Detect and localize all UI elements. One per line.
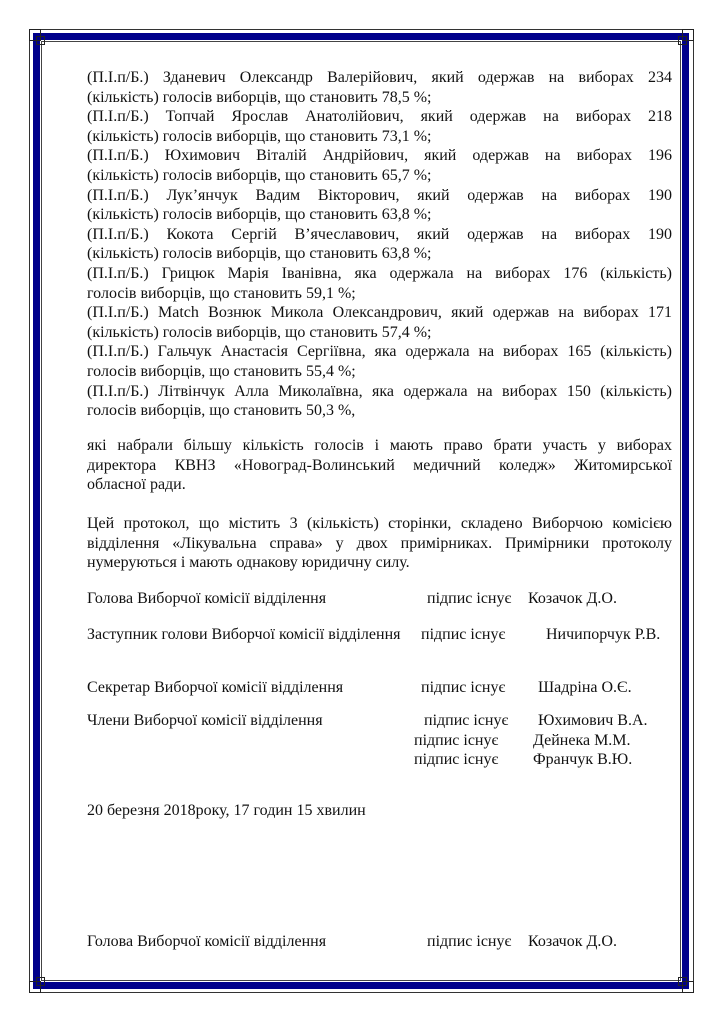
secretary-signature: підпис існує [421, 678, 505, 697]
candidate-line: (П.І.п/Б.) Кокота Сергій В’ячеславович, … [87, 225, 672, 245]
candidate-line: голосів виборців, що становить 55,4 %; [87, 362, 672, 382]
paragraph-line: які набрали більшу кількість голосів і м… [87, 436, 672, 456]
member-signature: підпис існує [414, 731, 498, 750]
candidate-line: (П.І.п/Б.) Match Вознюк Микола Олександр… [87, 303, 672, 323]
paragraph-line: Цей протокол, що містить 3 (кількість) с… [87, 514, 672, 534]
member-signature: підпис існує [424, 711, 508, 730]
candidate-line: (П.І.п/Б.) Лук’янчук Вадим Вікторович, я… [87, 186, 672, 206]
candidate-line: (П.І.п/Б.) Грицюк Марія Іванівна, яка од… [87, 264, 672, 284]
final-chair-signature: підпис існує [427, 932, 511, 951]
corner-ornament-bottom-right-inner [678, 977, 687, 986]
member-name: Юхимович В.А. [538, 711, 648, 730]
candidate-line: (П.І.п/Б.) Топчай Ярослав Анатолійович, … [87, 107, 672, 127]
corner-ornament-top-right-inner [678, 36, 687, 45]
deputy-signature: підпис існує [421, 625, 505, 644]
conclusion-paragraph: які набрали більшу кількість голосів і м… [87, 436, 672, 495]
final-chair-role: Голова Виборчої комісії відділення [87, 932, 326, 951]
candidate-line: (кількість) голосів виборців, що станови… [87, 323, 672, 343]
members-role: Члени Виборчої комісії відділення [87, 711, 323, 730]
member-name: Франчук В.Ю. [533, 750, 632, 769]
paragraph-line: директора КВНЗ «Новоград-Волинський меди… [87, 456, 672, 476]
candidate-line: голосів виборців, що становить 59,1 %; [87, 284, 672, 304]
chair-role: Голова Виборчої комісії відділення [87, 589, 326, 608]
secretary-name: Шадріна О.Є. [538, 678, 632, 697]
protocol-note-paragraph: Цей протокол, що містить 3 (кількість) с… [87, 514, 672, 573]
final-chair-name: Козачок Д.О. [528, 932, 617, 951]
paragraph-line: нумеруються і мають однакову юридичну си… [87, 553, 672, 573]
corner-ornament-bottom-left-inner [36, 977, 45, 986]
candidate-line: (П.І.п/Б.) Гальчук Анастасія Сергіївна, … [87, 342, 672, 362]
candidate-line: (кількість) голосів виборців, що станови… [87, 127, 672, 147]
paragraph-line: відділення «Лікувальна справа» у двох пр… [87, 534, 672, 554]
date-time: 20 березня 2018року, 17 годин 15 хвилин [87, 801, 366, 820]
chair-signature: підпис існує [427, 589, 511, 608]
deputy-role: Заступник голови Виборчої комісії відділ… [87, 625, 401, 644]
secretary-role: Секретар Виборчої комісії відділення [87, 678, 343, 697]
corner-ornament-top-left-inner [36, 36, 45, 45]
deputy-name: Ничипорчук Р.В. [546, 625, 660, 644]
candidate-line: (П.І.п/Б.) Літвінчук Алла Миколаївна, як… [87, 382, 672, 402]
candidate-line: (кількість) голосів виборців, що станови… [87, 205, 672, 225]
candidate-line: (кількість) голосів виборців, що станови… [87, 244, 672, 264]
chair-name: Козачок Д.О. [528, 589, 617, 608]
candidate-line: (П.І.п/Б.) Юхимович Віталій Андрійович, … [87, 146, 672, 166]
member-name: Дейнека М.М. [533, 731, 631, 750]
candidate-line: (кількість) голосів виборців, що станови… [87, 166, 672, 186]
candidate-line: (кількість) голосів виборців, що станови… [87, 88, 672, 108]
candidate-line: (П.І.п/Б.) Зданевич Олександр Валерійови… [87, 68, 672, 88]
candidate-line: голосів виборців, що становить 50,3 %, [87, 401, 672, 421]
candidate-list: (П.І.п/Б.) Зданевич Олександр Валерійови… [87, 68, 672, 421]
member-signature: підпис існує [414, 750, 498, 769]
paragraph-line: обласної ради. [87, 475, 672, 495]
